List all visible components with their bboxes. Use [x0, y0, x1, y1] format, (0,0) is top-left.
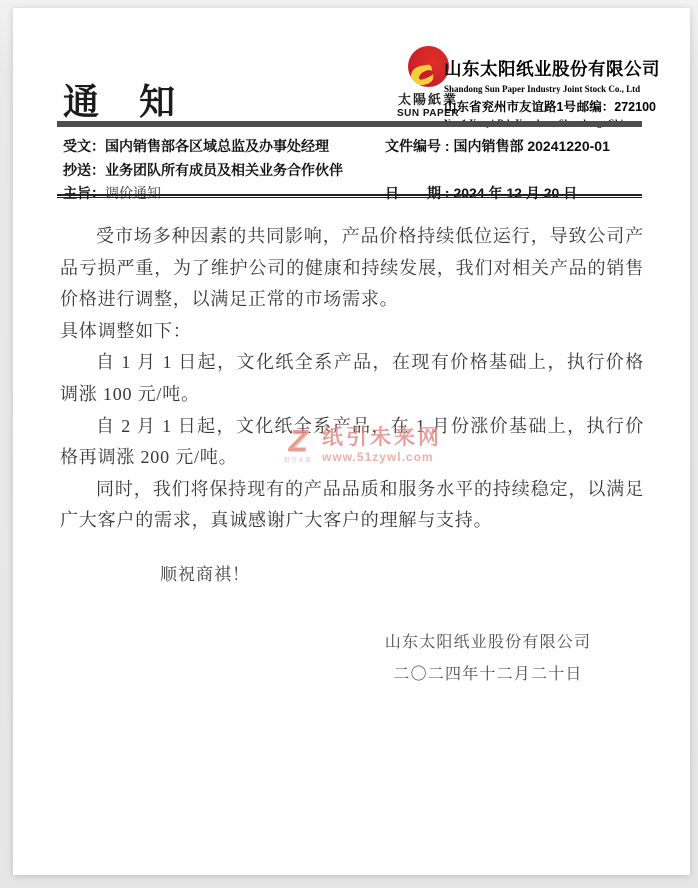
body-paragraph-5: 同时，我们将保持现有的产品品质和服务水平的持续稳定，以满足广大客户的需求，真诚感… [60, 474, 644, 537]
body-paragraph-2: 具体调整如下： [60, 316, 644, 348]
closing-line: 顺祝商祺！ [160, 560, 250, 585]
doc-title: 通 知 [63, 82, 177, 122]
meta-spacer [385, 159, 649, 183]
subject-label: 主旨： [63, 185, 105, 201]
doc-no-label: 文件编号 : [385, 138, 453, 154]
meta-divider [57, 194, 642, 198]
cc-value: 业务团队所有成员及相关业务合作伙伴 [105, 162, 343, 178]
sun-icon [408, 46, 449, 87]
company-address-cn: 山东省兖州市友谊路1号 [444, 97, 576, 115]
header-rule [57, 121, 642, 127]
company-header: 山东太阳纸业股份有限公司 Shandong Sun Paper Industry… [444, 56, 656, 128]
to-value: 国内销售部各区域总监及办事处经理 [105, 138, 329, 154]
signature-date: 二〇二四年十二月二十日 [323, 659, 653, 691]
company-name-cn: 山东太阳纸业股份有限公司 [444, 56, 656, 81]
signature-block: 山东太阳纸业股份有限公司 二〇二四年十二月二十日 [323, 627, 653, 690]
doc-no-value: 国内销售部 20241220-01 [453, 138, 609, 154]
meta-to-row: 受文：国内销售部各区域总监及办事处经理 [63, 135, 385, 159]
company-postcode: 邮编：272100 [577, 97, 656, 115]
body-paragraph-4: 自 2 月 1 日起，文化纸全系产品，在 1 月份涨价基础上，执行价格再调涨 2… [60, 411, 644, 474]
signature-company: 山东太阳纸业股份有限公司 [323, 627, 653, 659]
meta-doc-no-row: 文件编号 : 国内销售部 20241220-01 [385, 135, 649, 159]
meta-cc-row: 抄送：业务团队所有成员及相关业务合作伙伴 [63, 159, 385, 183]
letter-body: 受市场多种因素的共同影响，产品价格持续低位运行，导致公司产品亏损严重，为了维护公… [60, 221, 644, 537]
subject-value: 调价通知 [105, 185, 161, 201]
cc-label: 抄送： [63, 162, 105, 178]
date-value: 2024 年 12 月 20 日 [453, 185, 577, 201]
company-name-en: Shandong Sun Paper Industry Joint Stock … [444, 84, 656, 94]
date-label: 日 期 : [385, 185, 453, 201]
to-label: 受文： [63, 138, 105, 154]
company-address-row: 山东省兖州市友谊路1号 邮编：272100 [444, 97, 656, 115]
body-paragraph-3: 自 1 月 1 日起，文化纸全系产品，在现有价格基础上，执行价格调涨 100 元… [60, 347, 644, 410]
body-paragraph-1: 受市场多种因素的共同影响，产品价格持续低位运行，导致公司产品亏损严重，为了维护公… [60, 221, 644, 316]
document-page: 通 知 太陽紙業 SUN PAPER 山东太阳纸业股份有限公司 Shandong… [13, 8, 690, 875]
